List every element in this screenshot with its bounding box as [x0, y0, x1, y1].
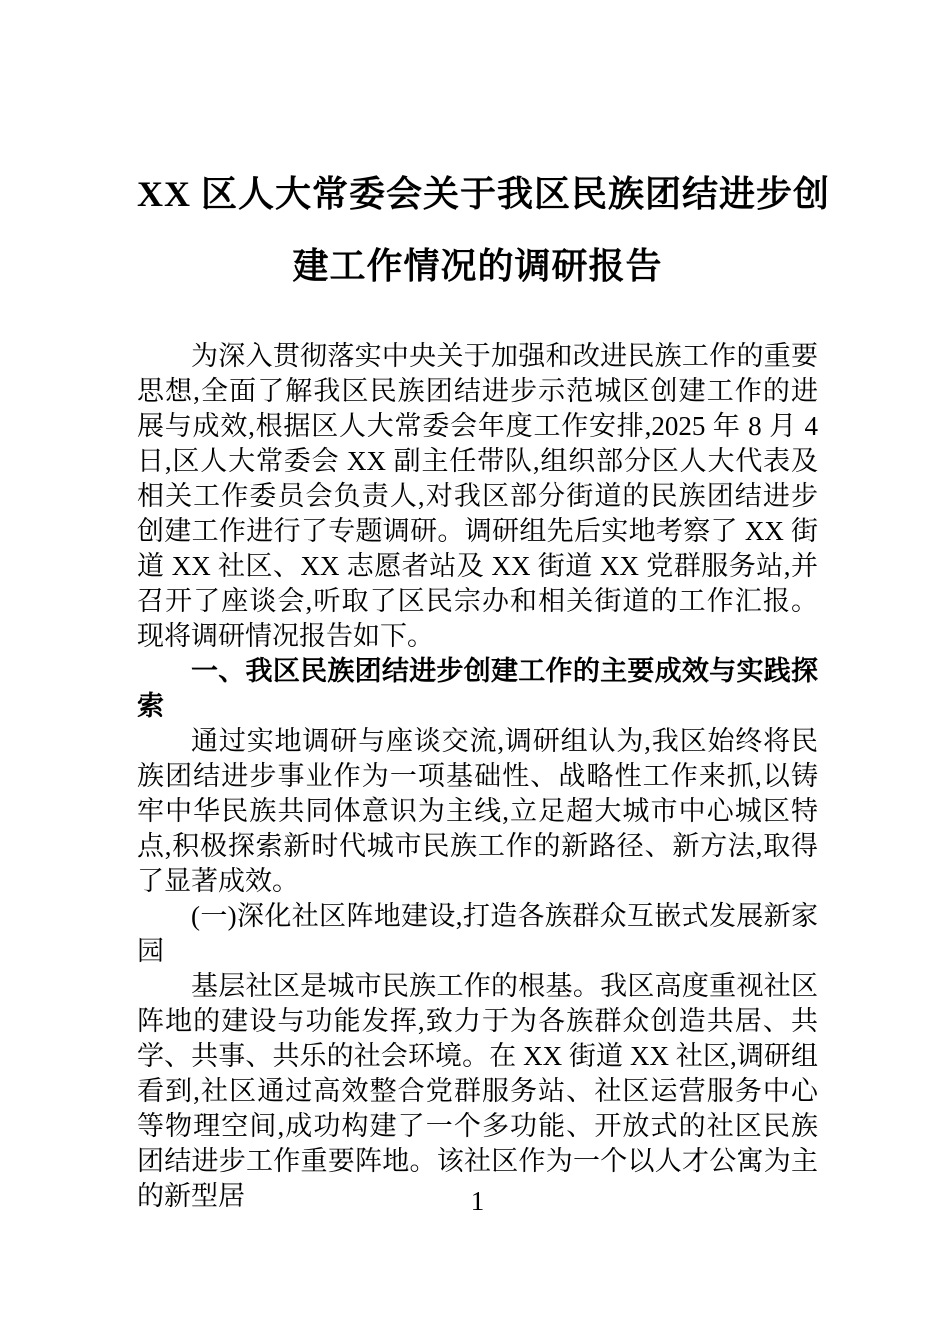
- document-title-line2: 建工作情况的调研报告: [137, 230, 818, 302]
- paragraph: 为深入贯彻落实中央关于加强和改进民族工作的重要思想,全面了解我区民族团结进步示范…: [137, 339, 818, 654]
- document-page: XX 区人大常委会关于我区民族团结进步创 建工作情况的调研报告 为深入贯彻落实中…: [0, 0, 950, 1344]
- paragraph: 通过实地调研与座谈交流,调研组认为,我区始终将民族团结进步事业作为一项基础性、战…: [137, 724, 818, 899]
- document-body: 为深入贯彻落实中央关于加强和改进民族工作的重要思想,全面了解我区民族团结进步示范…: [137, 339, 818, 1214]
- paragraph: 基层社区是城市民族工作的根基。我区高度重视社区阵地的建设与功能发挥,致力于为各族…: [137, 969, 818, 1214]
- document-title: XX 区人大常委会关于我区民族团结进步创 建工作情况的调研报告: [137, 158, 818, 302]
- section-heading: 一、我区民族团结进步创建工作的主要成效与实践探索: [137, 654, 818, 724]
- document-title-line1: XX 区人大常委会关于我区民族团结进步创: [137, 158, 818, 230]
- section-heading: (一)深化社区阵地建设,打造各族群众互嵌式发展新家园: [137, 899, 818, 969]
- page-number: 1: [137, 1186, 818, 1216]
